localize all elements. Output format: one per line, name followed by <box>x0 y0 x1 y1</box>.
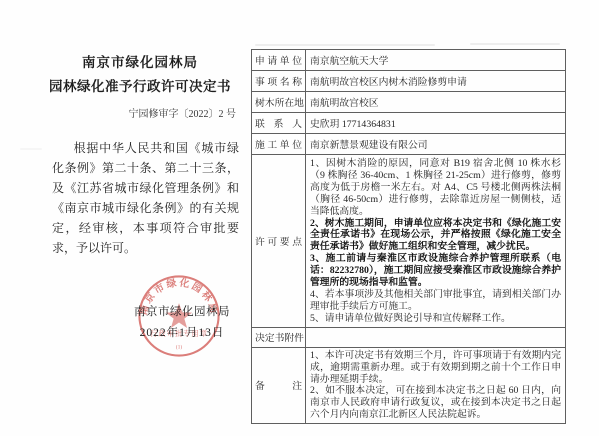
seal-sub-text: (1) <box>176 344 183 351</box>
row-value-tree-location: 南航明故宫校区 <box>306 92 566 113</box>
row-value-contact: 史欣玥 17714364831 <box>306 113 566 134</box>
document-number: 宁园修审字〔2022〕2 号 <box>40 105 236 120</box>
row-value-matter-name: 南航明故宫校区内树木消险修剪申请 <box>306 71 566 92</box>
table-row: 联系人 史欣玥 17714364831 <box>252 113 566 134</box>
table-row: 施工单位 南京新慧景观建设有限公司 <box>252 134 566 155</box>
permit-points-cell: 1、因树木消险的原因，同意对 B19 宿舍北侧 10 株水杉（9 株胸径 36-… <box>306 155 566 328</box>
scanned-permit-document: 南京市绿化园林局 园林绿化准予行政许可决定书 宁园修审字〔2022〕2 号 根据… <box>0 0 599 436</box>
row-value-construction-unit: 南京新慧景观建设有限公司 <box>306 134 566 155</box>
table-row-permit-points: 许可要点 1、因树木消险的原因，同意对 B19 宿舍北侧 10 株水杉（9 株胸… <box>252 155 566 328</box>
row-label-contact: 联系人 <box>252 113 306 134</box>
table-row: 申请单位 南京航空航天大学 <box>252 50 566 71</box>
row-value-applicant: 南京航空航天大学 <box>306 50 566 71</box>
scan-smudge <box>255 44 435 46</box>
permit-item-5: 5、请申请单位做好舆论引导和宣传解释工作。 <box>310 313 561 325</box>
row-label-remarks: 备注 <box>252 347 306 423</box>
decision-body-paragraph: 根据中华人民共和国《城市绿化条例》第二十条、第二十三条，及《江苏省城市绿化管理条… <box>52 138 239 258</box>
remark-item-1: 1、本许可决定书有效期三个月，许可事项请于有效期内完成，逾期需重新办理。或于有效… <box>310 350 561 386</box>
permit-item-3: 3、施工前请与秦淮区市政设施综合养护管理所联系（电话：82232780），施工期… <box>310 253 561 289</box>
row-label-permit-points: 许可要点 <box>252 155 306 328</box>
remarks-cell: 1、本许可决定书有效期三个月，许可事项请于有效期内完成，逾期需重新办理。或于有效… <box>306 347 566 423</box>
scan-smudge <box>470 43 560 45</box>
title-agency: 南京市绿化园林局 <box>38 54 242 72</box>
row-label-tree-location: 树木所在地 <box>252 92 306 113</box>
title-decision: 园林绿化准予行政许可决定书 <box>38 78 242 96</box>
table-row: 事项名称 南航明故宫校区内树木消险修剪申请 <box>252 71 566 92</box>
remark-item-2: 2、如不服本决定，可在接到本决定书之日起 60 日内，向南京市人民政府申请行政复… <box>310 385 561 421</box>
permit-detail-table: 申请单位 南京航空航天大学 事项名称 南航明故宫校区内树木消险修剪申请 树木所在… <box>251 49 566 424</box>
row-value-attachment <box>306 327 566 347</box>
row-label-applicant: 申请单位 <box>252 50 306 71</box>
signature-organization: 南京市绿化园林局 <box>130 303 234 319</box>
row-label-construction-unit: 施工单位 <box>252 134 306 155</box>
row-label-matter-name: 事项名称 <box>252 71 306 92</box>
table-row: 树木所在地 南航明故宫校区 <box>252 92 566 113</box>
row-label-attachment: 决定书附件 <box>252 327 306 347</box>
permit-item-2: 2、树木施工期间，申请单位应将本决定书和《绿化施工安全责任承诺书》在现场公示，并… <box>310 218 561 254</box>
table-row-attachment: 决定书附件 <box>252 327 566 347</box>
scan-smudge <box>20 148 42 150</box>
table-row-remarks: 备注 1、本许可决定书有效期三个月，许可事项请于有效期内完成，逾期需重新办理。或… <box>252 347 566 423</box>
permit-item-4: 4、若本事项涉及其他相关部门审批事宜，请到相关部门办理审批手续后方可施工。 <box>310 289 561 313</box>
permit-item-1: 1、因树木消险的原因，同意对 B19 宿舍北侧 10 株水杉（9 株胸径 36-… <box>310 158 561 218</box>
signature-date: 2022年1月13日 <box>127 324 237 340</box>
document-title: 南京市绿化园林局 园林绿化准予行政许可决定书 <box>38 54 242 96</box>
